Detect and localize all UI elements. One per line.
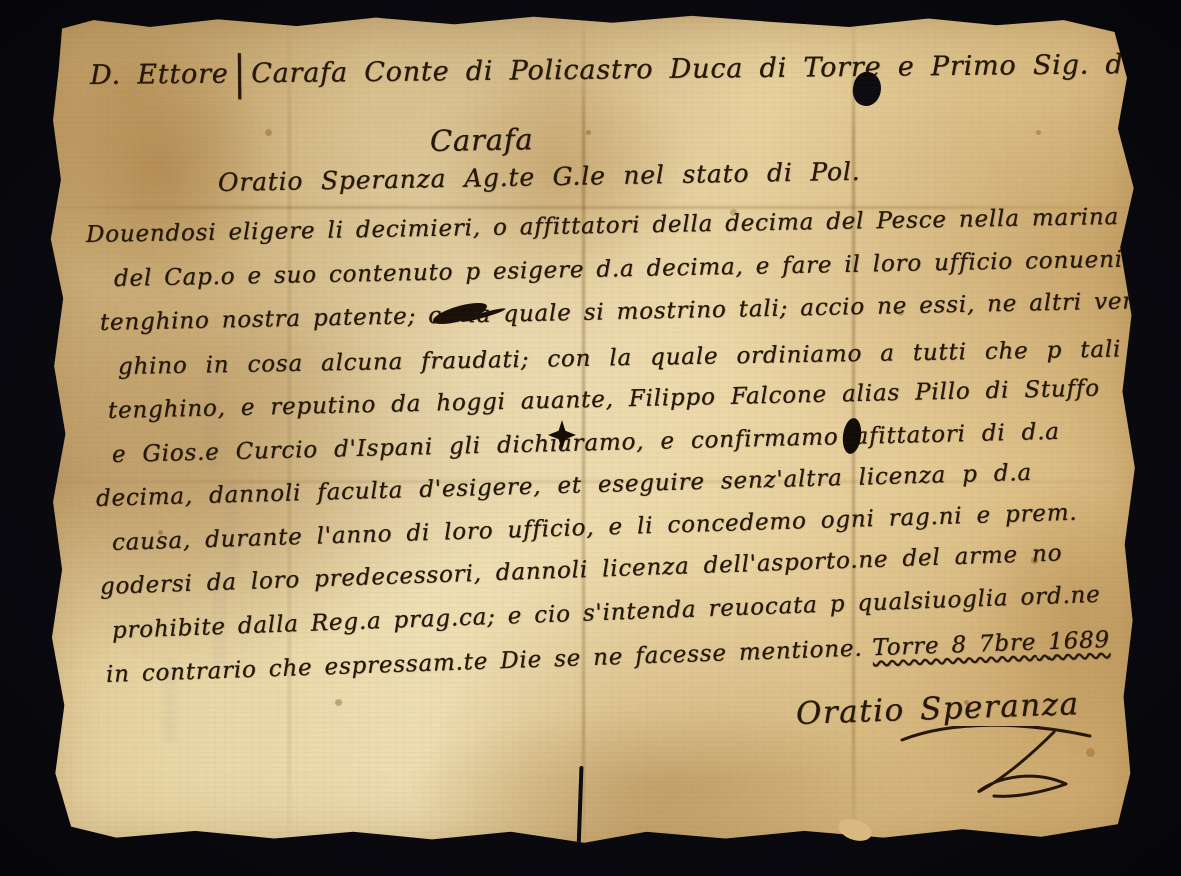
body-line: decima, dannoli faculta d'esigere, et es…	[96, 460, 1033, 512]
header-line: D. Ettore|Carafa Conte di Policastro Duc…	[90, 48, 1181, 91]
body-line: tenghino, e reputino da hoggi auante, Fi…	[108, 375, 1100, 424]
body-line: Douendosi eligere li decimieri, o affitt…	[86, 204, 1119, 248]
body-line: e Gios.e Curcio d'Ispani gli dichiaramo,…	[112, 419, 1060, 468]
addressee-titles: Carafa Conte di Policastro Duca di Torre…	[251, 48, 1181, 90]
addressee-prefix: D. Ettore	[90, 59, 229, 91]
fold-tear	[577, 766, 584, 850]
fold-crease-vertical-left	[288, 10, 291, 858]
pen-stroke-divider: |	[228, 47, 251, 100]
year: 1689	[1048, 627, 1111, 655]
foxing-spots	[26, 10, 31, 15]
body-line: ghino in cosa alcuna fraudati; con la qu…	[118, 336, 1122, 380]
body-line: del Cap.o e suo contenuto p esigere d.a …	[114, 245, 1181, 292]
salutation-line: Oratio Speranza Ag.te G.le nel stato di …	[218, 157, 861, 197]
place-and-date: Torre 8 7bre 1689	[872, 627, 1110, 661]
photograph-of-manuscript: D. Ettore|Carafa Conte di Policastro Duc…	[0, 0, 1181, 876]
body-line-final: in contrario che espressam.te Die se ne …	[106, 636, 863, 688]
header-line-2: Carafa	[430, 122, 534, 158]
signature-flourish-icon	[894, 726, 1104, 806]
body-line: tenghino nostra patente; co la quale si …	[100, 288, 1147, 336]
manuscript-page: D. Ettore|Carafa Conte di Policastro Duc…	[26, 10, 1154, 858]
